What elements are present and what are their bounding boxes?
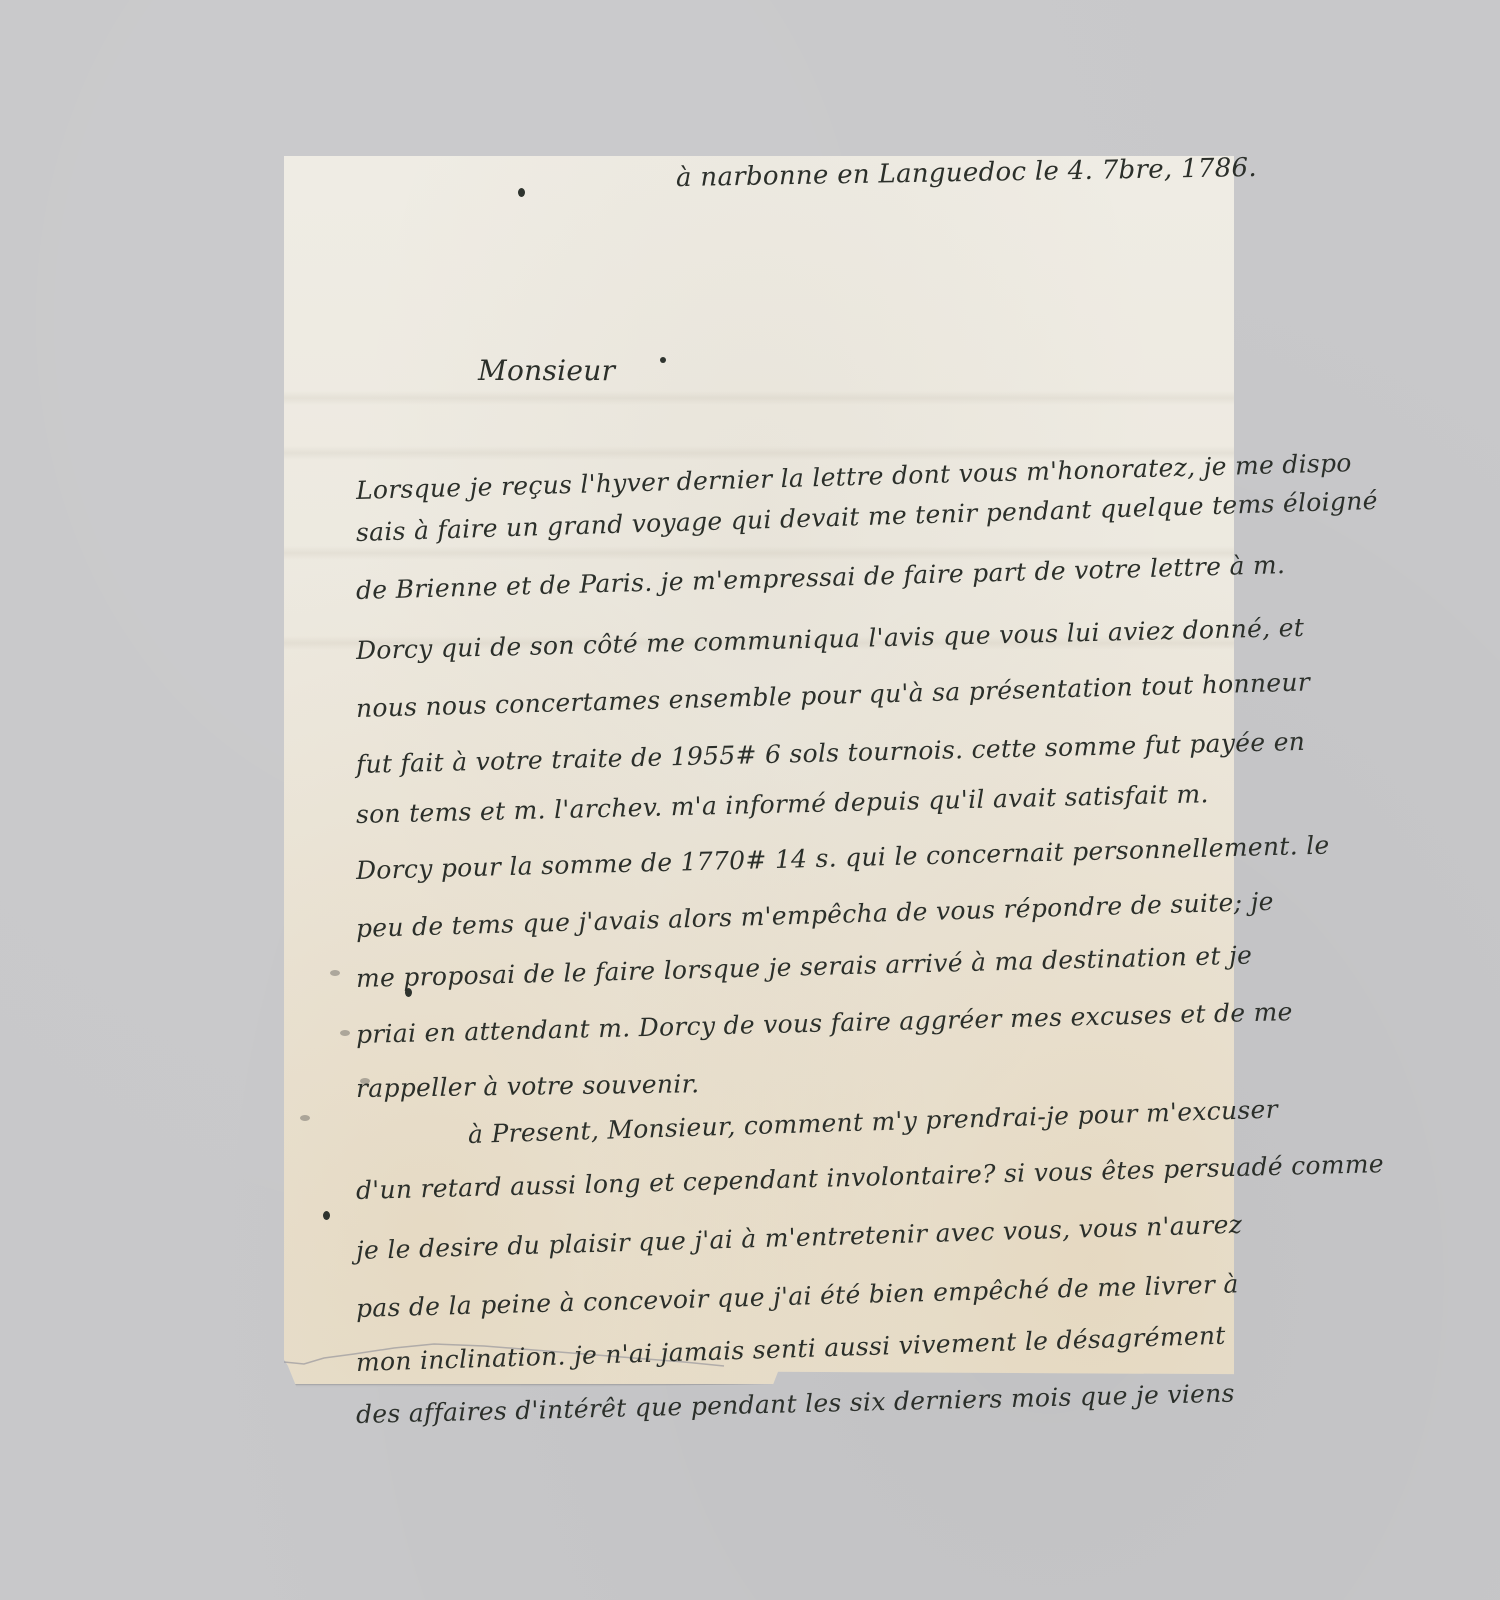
ink-blot [518,188,525,197]
ink-smudge [340,1030,350,1036]
ink-smudge [330,970,340,976]
ink-blot [323,1211,330,1220]
ink-smudge [300,1115,310,1121]
show-through-bleed [284,391,1234,405]
letter-salutation: Monsieur [478,354,615,387]
ink-blot [660,357,666,363]
letter-line: rappeller à votre souvenir. [356,1069,700,1103]
